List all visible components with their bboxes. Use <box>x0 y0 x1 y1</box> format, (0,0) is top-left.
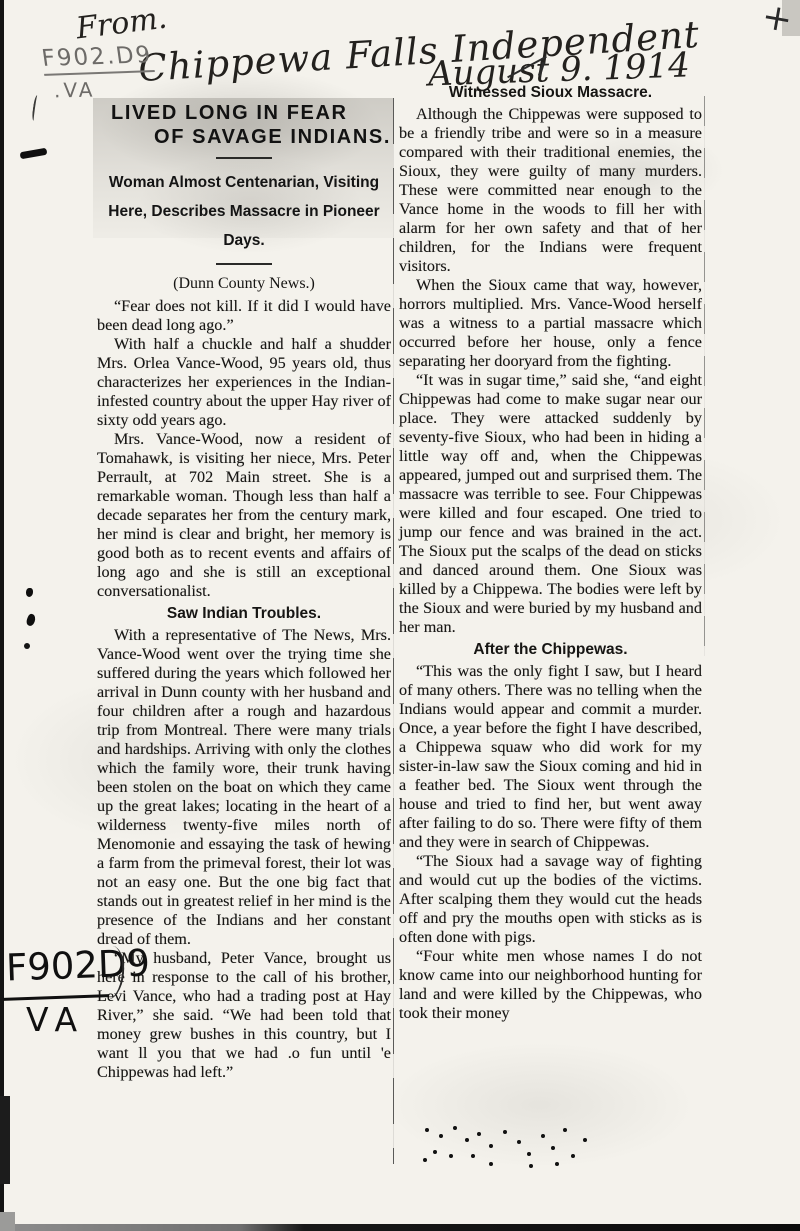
ink-speck <box>26 588 33 597</box>
section-divider <box>216 157 272 159</box>
scan-edge-left-smudge <box>0 1096 10 1184</box>
body-paragraph: “It was in sugar time,” said she, “and e… <box>399 371 702 637</box>
section-heading-after-the-chippewas: After the Chippewas. <box>399 640 702 660</box>
body-paragraph: Although the Chippewas were supposed to … <box>399 105 702 276</box>
clipping-right-edge-rule <box>704 96 705 656</box>
ink-speck <box>31 95 40 121</box>
body-paragraph: “This was the only fight I saw, but I he… <box>399 662 702 852</box>
section-divider <box>216 263 272 265</box>
article-right-column: Witnessed Sioux Massacre. Although the C… <box>399 83 702 1023</box>
article-subhead: Woman Almost Centenarian, Visiting Here,… <box>97 168 391 255</box>
headline-line-2: OF SAVAGE INDIANS. <box>97 125 391 149</box>
article-credit: (Dunn County News.) <box>97 274 391 294</box>
body-paragraph: When the Sioux came that way, however, h… <box>399 276 702 371</box>
ink-speck <box>24 643 30 649</box>
body-paragraph: “The Sioux had a savage way of fighting … <box>399 852 702 947</box>
catalog-stamp-bottom-sub: VA <box>26 1000 85 1039</box>
right-column-body: Although the Chippewas were supposed to … <box>399 105 702 1023</box>
body-paragraph: With a representative of The News, Mrs. … <box>97 626 391 949</box>
scan-corner-bottom-left <box>0 1212 15 1231</box>
catalog-stamp-bottom: F902D9 <box>5 942 150 990</box>
body-paragraph: “Fear does not kill. If it did I would h… <box>97 297 391 335</box>
ink-dots-cluster <box>425 1128 429 1132</box>
scan-edge-left <box>0 0 4 1231</box>
ink-speck <box>25 613 37 627</box>
ink-dash-mark <box>20 148 48 160</box>
catalog-stamp-top: F902.D9 <box>40 42 155 76</box>
headline-line-1: LIVED LONG IN FEAR <box>97 101 391 125</box>
column-divider-rule <box>393 98 394 1164</box>
body-paragraph: With half a chuckle and half a shudder M… <box>97 335 391 430</box>
article-left-column: LIVED LONG IN FEAR OF SAVAGE INDIANS. Wo… <box>97 101 391 1082</box>
body-paragraph: Mrs. Vance-Wood, now a resident of Tomah… <box>97 430 391 601</box>
handwritten-from-label: From. <box>74 1 169 47</box>
body-paragraph: “Four white men whose names I do not kno… <box>399 947 702 1023</box>
section-heading-saw-indian-troubles: Saw Indian Troubles. <box>97 604 391 624</box>
catalog-stamp-top-sub: .VA <box>54 78 96 103</box>
section-heading-witnessed-sioux-massacre: Witnessed Sioux Massacre. <box>399 83 702 103</box>
newspaper-clipping-scan: From. Chippewa Falls Independent August … <box>0 0 800 1231</box>
scan-edge-bottom <box>0 1224 800 1231</box>
